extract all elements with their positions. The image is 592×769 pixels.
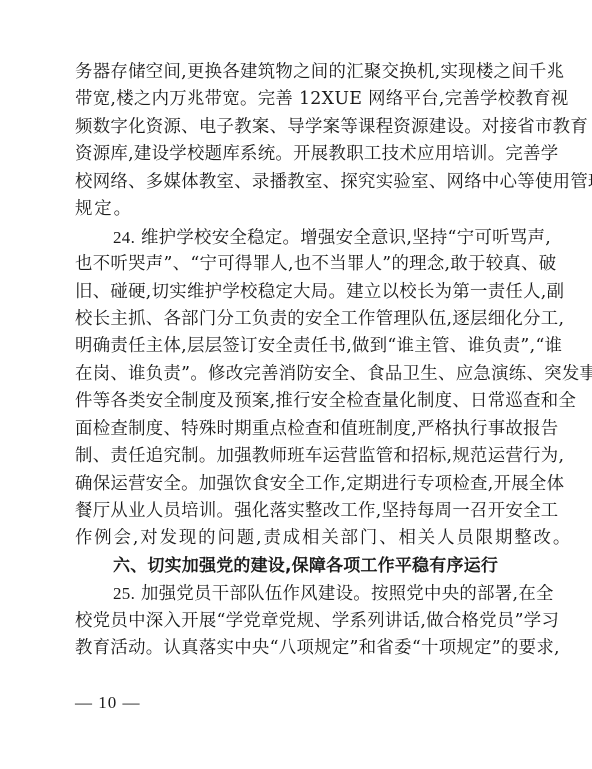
text-line: 作例会,对发现的问题,责成相关部门、相关人员限期整改。 — [75, 525, 519, 552]
item-text: 增强安全意识,坚持“宁可听骂声, — [300, 228, 551, 248]
item-number: 24. — [113, 228, 135, 247]
text-line: 频数字化资源、电子教案、导学案等课程资源建设。对接省市教育 — [75, 114, 519, 141]
item-number: 25. — [113, 584, 135, 603]
text-line: 制、责任追究制。加强教师班车运营监管和招标,规范运营行为, — [75, 443, 519, 470]
item-title: 维护学校安全稳定。 — [141, 228, 300, 248]
text-line: 带宽,楼之内万兆带宽。完善 12XUE 网络平台,完善学校教育视 — [75, 86, 519, 113]
text-line: 件等各类安全制度及预案,推行安全检查量化制度、日常巡查和全 — [75, 388, 519, 415]
text-line: 校长主抓、各部门分工负责的安全工作管理队伍,逐层细化分工, — [75, 306, 519, 333]
item-24-first-line: 24. 维护学校安全稳定。增强安全意识,坚持“宁可听骂声, — [75, 224, 519, 251]
text-line: 也不听哭声”、“宁可得罪人,也不当罪人”的理念,敢于较真、破 — [75, 251, 519, 278]
text-line: 确保运营安全。加强饮食安全工作,定期进行专项检查,开展全体 — [75, 471, 519, 498]
text-line: 面检查制度、特殊时期重点检查和值班制度,严格执行事故报告 — [75, 416, 519, 443]
item-25-first-line: 25. 加强党员干部队伍作风建设。按照党中央的部署,在全 — [75, 580, 519, 607]
text-line: 规定。 — [75, 196, 519, 223]
text-line: 餐厅从业人员培训。强化落实整改工作,坚持每周一召开安全工 — [75, 498, 519, 525]
text-line: 明确责任主体,层层签订安全责任书,做到“谁主管、谁负责”,“谁 — [75, 333, 519, 360]
page-number: — 10 — — [75, 693, 141, 713]
text-line: 校党员中深入开展“学党章党规、学系列讲话,做合格党员”学习 — [75, 608, 519, 635]
section-heading: 六、切实加强党的建设,保障各项工作平稳有序运行 — [75, 553, 519, 580]
text-line: 教育活动。认真落实中央“八项规定”和省委“十项规定”的要求, — [75, 635, 519, 662]
text-line: 在岗、谁负责”。修改完善消防安全、食品卫生、应急演练、突发事 — [75, 361, 519, 388]
item-text: 按照党中央的部署,在全 — [371, 584, 554, 604]
text-line: 资源库,建设学校题库系统。开展教职工技术应用培训。完善学 — [75, 141, 519, 168]
item-title: 加强党员干部队伍作风建设。 — [141, 584, 371, 604]
text-line: 旧、碰硬,切实维护学校稳定大局。建立以校长为第一责任人,副 — [75, 279, 519, 306]
page-body: 务器存储空间,更换各建筑物之间的汇聚交换机,实现楼之间千兆 带宽,楼之内万兆带宽… — [75, 59, 519, 663]
text-line: 务器存储空间,更换各建筑物之间的汇聚交换机,实现楼之间千兆 — [75, 59, 519, 86]
text-line: 校网络、多媒体教室、录播教室、探究实验室、网络中心等使用管理 — [75, 169, 519, 196]
document-page: 务器存储空间,更换各建筑物之间的汇聚交换机,实现楼之间千兆 带宽,楼之内万兆带宽… — [0, 0, 592, 769]
